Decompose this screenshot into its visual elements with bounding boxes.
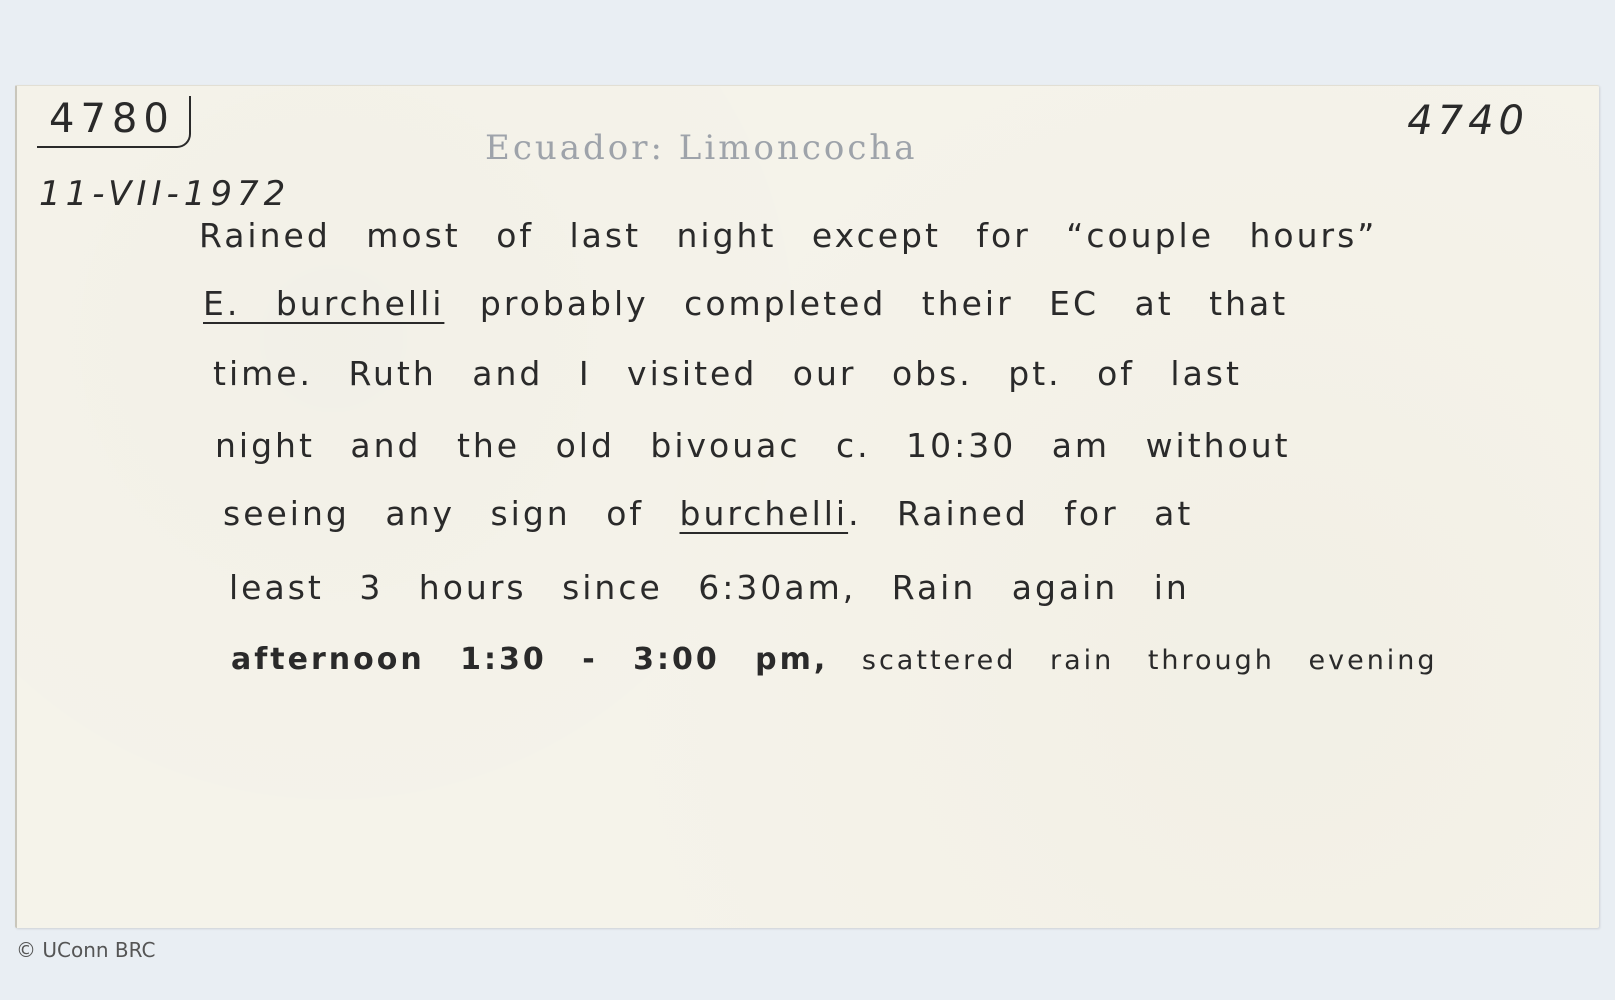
catalog-number: 4780 [37, 96, 191, 148]
location-stamp: Ecuador: Limoncocha [485, 128, 918, 168]
note-text: least 3 hours since 6:30am, Rain again i… [229, 568, 1190, 607]
note-line-4: night and the old bivouac c. 10:30 am wi… [215, 426, 1291, 465]
note-text: Rained most of last night except for “co… [199, 216, 1377, 255]
alternate-number: 4740 [1407, 98, 1529, 144]
note-line-7: afternoon 1:30 - 3:00 pm, scattered rain… [231, 642, 1438, 677]
note-text: seeing any sign of [223, 494, 680, 533]
note-line-2: E. burchelli probably completed their EC… [203, 284, 1288, 323]
note-text: . Rained for at [848, 494, 1193, 533]
time-range: afternoon 1:30 - 3:00 pm, [231, 642, 828, 677]
note-text: probably completed their EC at that [444, 284, 1288, 323]
note-line-3: time. Ruth and I visited our obs. pt. of… [213, 354, 1242, 393]
field-note-card: 4780 Ecuador: Limoncocha 4740 11-VII-197… [15, 85, 1599, 928]
note-text: time. Ruth and I visited our obs. pt. of… [213, 354, 1242, 393]
copyright-notice: © UConn BRC [16, 938, 156, 962]
species-name: E. burchelli [203, 284, 444, 323]
note-line-1: Rained most of last night except for “co… [199, 216, 1377, 255]
note-line-6: least 3 hours since 6:30am, Rain again i… [229, 568, 1190, 607]
note-text: scattered rain through evening [828, 645, 1437, 676]
note-text: night and the old bivouac c. 10:30 am wi… [215, 426, 1291, 465]
note-line-5: seeing any sign of burchelli. Rained for… [223, 494, 1193, 533]
species-name: burchelli [680, 494, 849, 533]
note-date: 11-VII-1972 [39, 174, 290, 214]
